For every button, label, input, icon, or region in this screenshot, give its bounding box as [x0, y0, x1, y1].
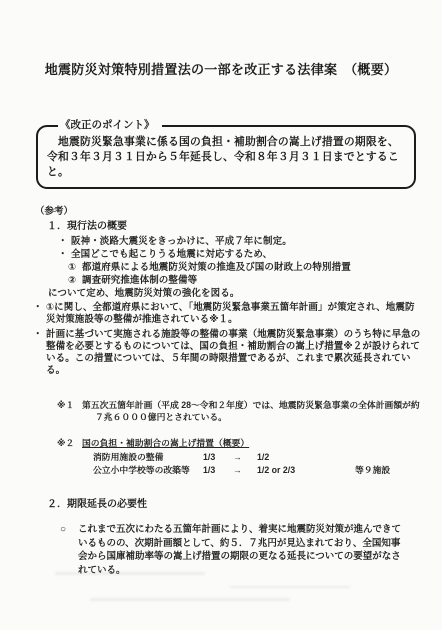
footnote-2: ※２ 国の負担・補助割合の嵩上げ措置（概要）	[57, 437, 422, 450]
bullet-item: ・ 阪神・淡路大震災をきっかけに、平成７年に制定。	[58, 236, 422, 248]
bullet-marker: ・	[33, 302, 46, 327]
bullet-item: ・ 計画に基づいて実施される施設等の整備の事業（地震防災緊急事業）のうち特に早急…	[33, 329, 421, 378]
scan-artifact	[230, 586, 350, 588]
table-row: 消防用施設の整備 1/3 → 1/2	[93, 452, 442, 464]
closing-line-text: について定め、地震防災対策の強化を図る。	[48, 288, 239, 300]
points-box-body: 地震防災緊急事業に係る国の負担・補助割合の嵩上げ措置の期限を、令和３年３月３１日…	[47, 135, 405, 180]
bullet-text: 計画に基づいて実施される施設等の整備の事業（地震防災緊急事業）のうち特に早急の整…	[46, 329, 421, 378]
points-box-label: 《改正のポイント》	[58, 118, 162, 132]
numbered-item: ② 調査研究推進体制の整備等	[68, 275, 426, 287]
points-box: 《改正のポイント》 地震防災緊急事業に係る国の負担・補助割合の嵩上げ措置の期限を…	[36, 125, 416, 189]
reference-label: （参考）	[35, 206, 442, 218]
scan-artifact	[90, 598, 290, 601]
footnote-1: ※１ 第五次五箇年計画（平成 28～令和２年度）では、地震防災緊急事業の全体計画…	[57, 399, 422, 424]
section-1-heading: １．現行法の概要	[47, 220, 442, 233]
ratio-after: 1/2 or 2/3	[257, 465, 355, 477]
circle-bullet-marker: ○	[60, 523, 78, 577]
section-2-text: これまで五次にわたる五箇年計画により、着実に地震防災対策が進んできているものの、…	[78, 523, 408, 577]
section-2-paragraph: ○ これまで五次にわたる五箇年計画により、着実に地震防災対策が進んできているもの…	[60, 523, 412, 577]
circled-number-icon: ①	[68, 262, 82, 274]
numbered-item-text: 都道府県による地震防災対策の推進及び国の財政上の特別措置	[82, 262, 351, 274]
arrow-right-icon: →	[233, 452, 257, 464]
closing-line: について定め、地震防災対策の強化を図る。	[48, 288, 426, 300]
footnote-2-label: ※２	[57, 437, 82, 450]
subsidy-ratio-table: 消防用施設の整備 1/3 → 1/2 公立小中学校等の改築等 1/3 → 1/2…	[93, 452, 442, 476]
footnote-1-label: ※１	[57, 399, 82, 424]
ratio-before: 1/3	[203, 465, 233, 477]
numbered-item-text: 調査研究推進体制の整備等	[82, 275, 197, 287]
row-extra: 等９施設	[355, 465, 442, 477]
circled-number-icon: ②	[68, 275, 82, 287]
scan-artifact	[55, 572, 205, 575]
ratio-after: 1/2	[257, 452, 355, 464]
bullet-marker: ・	[58, 249, 71, 261]
footnote-1-text: 第五次五箇年計画（平成 28～令和２年度）では、地震防災緊急事業の全体計画額が約…	[82, 399, 422, 424]
bullet-text: ①に関し、全都道府県において、「地震防災緊急事業五箇年計画」が策定され、地震防災…	[46, 302, 421, 327]
ratio-before: 1/3	[203, 452, 233, 464]
section-2-heading: ２．期限延長の必要性	[47, 498, 442, 511]
facility-name: 公立小中学校等の改築等	[93, 465, 203, 477]
numbered-item: ① 都道府県による地震防災対策の推進及び国の財政上の特別措置	[68, 262, 426, 274]
bullet-marker: ・	[33, 329, 46, 378]
bullet-text: 阪神・淡路大震災をきっかけに、平成７年に制定。	[71, 236, 292, 248]
facility-name: 消防用施設の整備	[93, 452, 203, 464]
bullet-text: 全国どこでも起こりうる地震に対応するため、	[71, 249, 272, 261]
document-page: 地震防災対策特別措置法の一部を改正する法律案 （概要） 《改正のポイント》 地震…	[0, 0, 442, 630]
bullet-marker: ・	[58, 236, 71, 248]
footnote-2-heading: 国の負担・補助割合の嵩上げ措置（概要）	[82, 437, 249, 450]
arrow-right-icon: →	[233, 465, 257, 477]
bullet-item: ・ 全国どこでも起こりうる地震に対応するため、	[58, 249, 422, 261]
bullet-item: ・ ①に関し、全都道府県において、「地震防災緊急事業五箇年計画」が策定され、地震…	[33, 302, 421, 327]
row-extra	[355, 452, 442, 464]
table-row: 公立小中学校等の改築等 1/3 → 1/2 or 2/3 等９施設	[93, 465, 442, 477]
document-title: 地震防災対策特別措置法の一部を改正する法律案 （概要）	[24, 61, 418, 79]
